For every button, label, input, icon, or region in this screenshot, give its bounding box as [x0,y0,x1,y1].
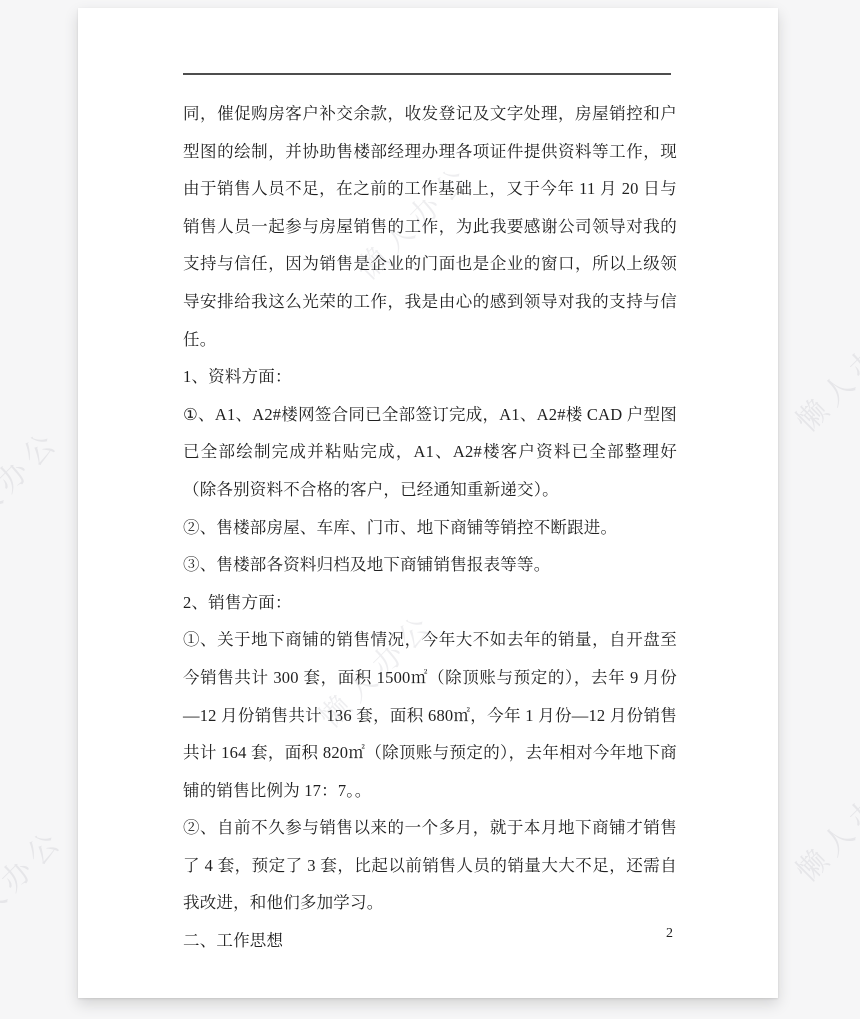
paragraph-item-2-1: ①、关于地下商铺的销售情况，今年大不如去年的销量，自开盘至今销售共计 300 套… [183,621,677,809]
paragraph-section-2-heading: 2、销售方面： [183,584,677,622]
paragraph-item-2-2: ②、自前不久参与销售以来的一个多月，就于本月地下商铺才销售了 4 套，预定了 3… [183,809,677,922]
paragraph-item-1-3: ③、售楼部各资料归档及地下商铺销售报表等等。 [183,546,677,584]
watermark-text: 懒人办公 [0,816,72,952]
watermark-text: 懒人办公 [784,754,860,890]
document-viewport: 同，催促购房客户补交余款，收发登记及文字处理，房屋销控和户型图的绘制，并协助售楼… [0,0,860,1019]
watermark-text: 懒人办公 [0,417,68,553]
paragraph-item-1-2: ②、售楼部房屋、车库、门市、地下商铺等销控不断跟进。 [183,509,677,547]
page-content: 同，催促购房客户补交余款，收发登记及文字处理，房屋销控和户型图的绘制，并协助售楼… [183,73,677,960]
watermark-text: 懒人办公 [784,304,860,440]
page-number: 2 [613,926,673,942]
body-text: 同，催促购房客户补交余款，收发登记及文字处理，房屋销控和户型图的绘制，并协助售楼… [183,95,677,960]
paragraph-section-1-heading: 1、资料方面： [183,358,677,396]
paragraph-section-heading-2: 二、工作思想 [183,922,677,960]
paragraph-item-1-1: ①、A1、A2#楼网签合同已全部签订完成，A1、A2#楼 CAD 户型图已全部绘… [183,396,677,509]
header-rule [183,73,671,75]
paragraph-continuation: 同，催促购房客户补交余款，收发登记及文字处理，房屋销控和户型图的绘制，并协助售楼… [183,95,677,358]
document-page: 同，催促购房客户补交余款，收发登记及文字处理，房屋销控和户型图的绘制，并协助售楼… [78,8,778,998]
